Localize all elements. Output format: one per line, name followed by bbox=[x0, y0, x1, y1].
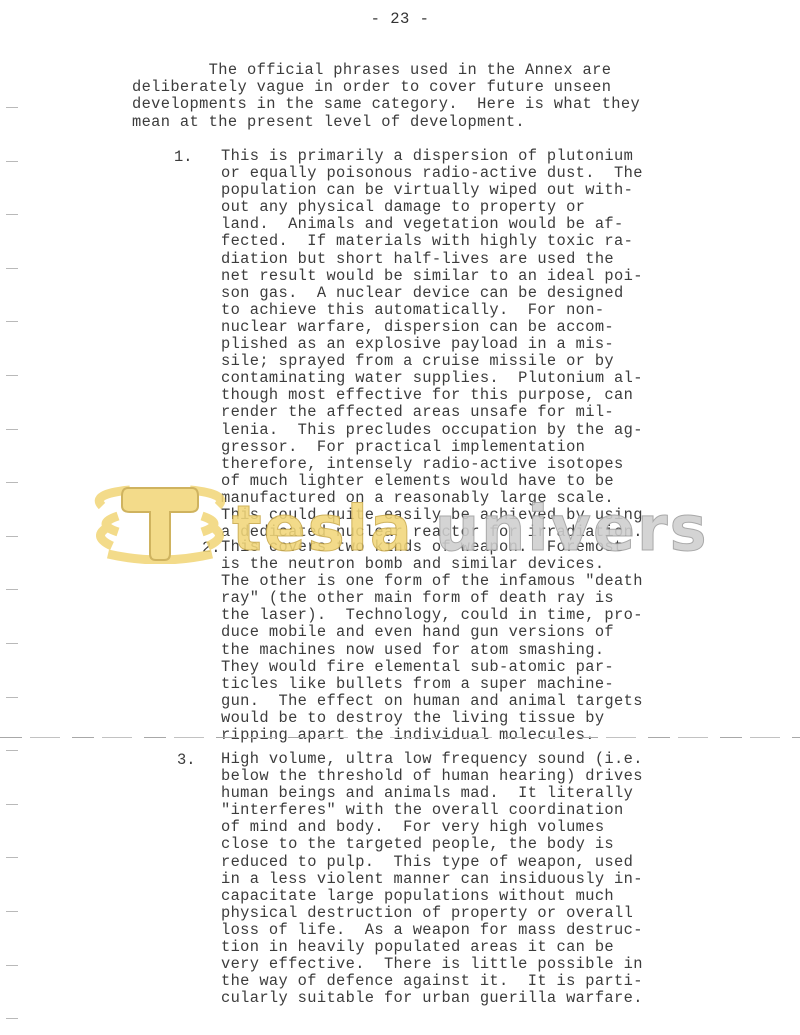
item-line: reduced to pulp. This type of weapon, us… bbox=[221, 854, 643, 871]
item-line: High volume, ultra low frequency sound (… bbox=[221, 751, 643, 768]
item-line: ray" (the other main form of death ray i… bbox=[221, 590, 643, 607]
intro-line: mean at the present level of development… bbox=[132, 114, 640, 131]
item-number-3: 3. bbox=[177, 751, 195, 769]
item-line: duce mobile and even hand gun versions o… bbox=[221, 624, 643, 641]
item-line: out any physical damage to property or bbox=[221, 199, 643, 216]
svg-text:universe: universe bbox=[435, 492, 710, 564]
item-line: fected. If materials with highly toxic r… bbox=[221, 233, 643, 250]
intro-line: deliberately vague in order to cover fut… bbox=[132, 79, 640, 96]
margin-tick bbox=[6, 161, 18, 162]
intro-line: The official phrases used in the Annex a… bbox=[132, 62, 640, 79]
margin-tick bbox=[6, 429, 18, 430]
margin-tick bbox=[6, 750, 18, 751]
margin-tick bbox=[6, 697, 18, 698]
tesla-universe-logo-icon bbox=[99, 488, 221, 560]
left-margin-ticks bbox=[0, 0, 30, 1035]
item-line: render the affected areas unsafe for mil… bbox=[221, 404, 643, 421]
item-line: land. Animals and vegetation would be af… bbox=[221, 216, 643, 233]
item-line: to achieve this automatically. For non- bbox=[221, 302, 643, 319]
item-line: in a less violent manner can insiduously… bbox=[221, 871, 643, 888]
item-body-2: This covers two kinds of weapon. Foremos… bbox=[221, 539, 643, 744]
tesla-universe-watermark: tesla universe bbox=[90, 484, 710, 564]
item-line: very effective. There is little possible… bbox=[221, 956, 643, 973]
item-line: cularly suitable for urban guerilla warf… bbox=[221, 990, 643, 1007]
item-line: The other is one form of the infamous "d… bbox=[221, 573, 643, 590]
item-line: or equally poisonous radio-active dust. … bbox=[221, 165, 643, 182]
item-line: physical destruction of property or over… bbox=[221, 905, 643, 922]
margin-tick bbox=[6, 536, 18, 537]
item-line: the laser). Technology, could in time, p… bbox=[221, 607, 643, 624]
item-line: population can be virtually wiped out wi… bbox=[221, 182, 643, 199]
item-line: human beings and animals mad. It literal… bbox=[221, 785, 643, 802]
item-line: of mind and body. For very high volumes bbox=[221, 819, 643, 836]
item-line: gun. The effect on human and animal targ… bbox=[221, 693, 643, 710]
item-line: net result would be similar to an ideal … bbox=[221, 268, 643, 285]
item-line: "interferes" with the overall coordinati… bbox=[221, 802, 643, 819]
item-line: ticles like bullets from a super machine… bbox=[221, 676, 643, 693]
document-page: - 23 - The official phrases used in the … bbox=[0, 0, 800, 1035]
item-line: sile; sprayed from a cruise missile or b… bbox=[221, 353, 643, 370]
margin-tick bbox=[6, 375, 18, 376]
item-line: nuclear warfare, dispersion can be accom… bbox=[221, 319, 643, 336]
margin-tick bbox=[6, 321, 18, 322]
margin-tick bbox=[6, 214, 18, 215]
item-line: would be to destroy the living tissue by bbox=[221, 710, 643, 727]
item-number-1: 1. bbox=[174, 148, 192, 166]
margin-tick bbox=[6, 482, 18, 483]
item-body-1: This is primarily a dispersion of pluton… bbox=[221, 148, 643, 541]
margin-tick bbox=[6, 107, 18, 108]
item-line: tion in heavily populated areas it can b… bbox=[221, 939, 643, 956]
item-line: therefore, intensely radio-active isotop… bbox=[221, 456, 643, 473]
margin-tick bbox=[6, 911, 18, 912]
margin-tick bbox=[6, 589, 18, 590]
item-body-3: High volume, ultra low frequency sound (… bbox=[221, 751, 643, 1007]
item-line: the machines now used for atom smashing. bbox=[221, 642, 643, 659]
item-line: ripping apart the individual molecules. bbox=[221, 727, 643, 744]
margin-tick bbox=[6, 804, 18, 805]
margin-tick bbox=[6, 268, 18, 269]
margin-tick bbox=[6, 1018, 18, 1019]
item-line: capacitate large populations without muc… bbox=[221, 888, 643, 905]
item-line: gressor. For practical implementation bbox=[221, 439, 643, 456]
item-line: close to the targeted people, the body i… bbox=[221, 836, 643, 853]
page-number: - 23 - bbox=[0, 10, 800, 28]
item-line: diation but short half-lives are used th… bbox=[221, 251, 643, 268]
item-line: below the threshold of human hearing) dr… bbox=[221, 768, 643, 785]
item-line: the way of defence against it. It is par… bbox=[221, 973, 643, 990]
item-line: This is primarily a dispersion of pluton… bbox=[221, 148, 643, 165]
svg-text:tesla: tesla bbox=[232, 492, 414, 564]
intro-line: developments in the same category. Here … bbox=[132, 96, 640, 113]
item-line: lenia. This precludes occupation by the … bbox=[221, 422, 643, 439]
scan-separator-line bbox=[0, 737, 800, 738]
item-line: son gas. A nuclear device can be designe… bbox=[221, 285, 643, 302]
intro-paragraph: The official phrases used in the Annex a… bbox=[132, 62, 640, 131]
item-line: plished as an explosive payload in a mis… bbox=[221, 336, 643, 353]
item-line: loss of life. As a weapon for mass destr… bbox=[221, 922, 643, 939]
margin-tick bbox=[6, 965, 18, 966]
item-line: though most effective for this purpose, … bbox=[221, 387, 643, 404]
item-line: They would fire elemental sub-atomic par… bbox=[221, 659, 643, 676]
margin-tick bbox=[6, 643, 18, 644]
item-line: contaminating water supplies. Plutonium … bbox=[221, 370, 643, 387]
margin-tick bbox=[6, 857, 18, 858]
